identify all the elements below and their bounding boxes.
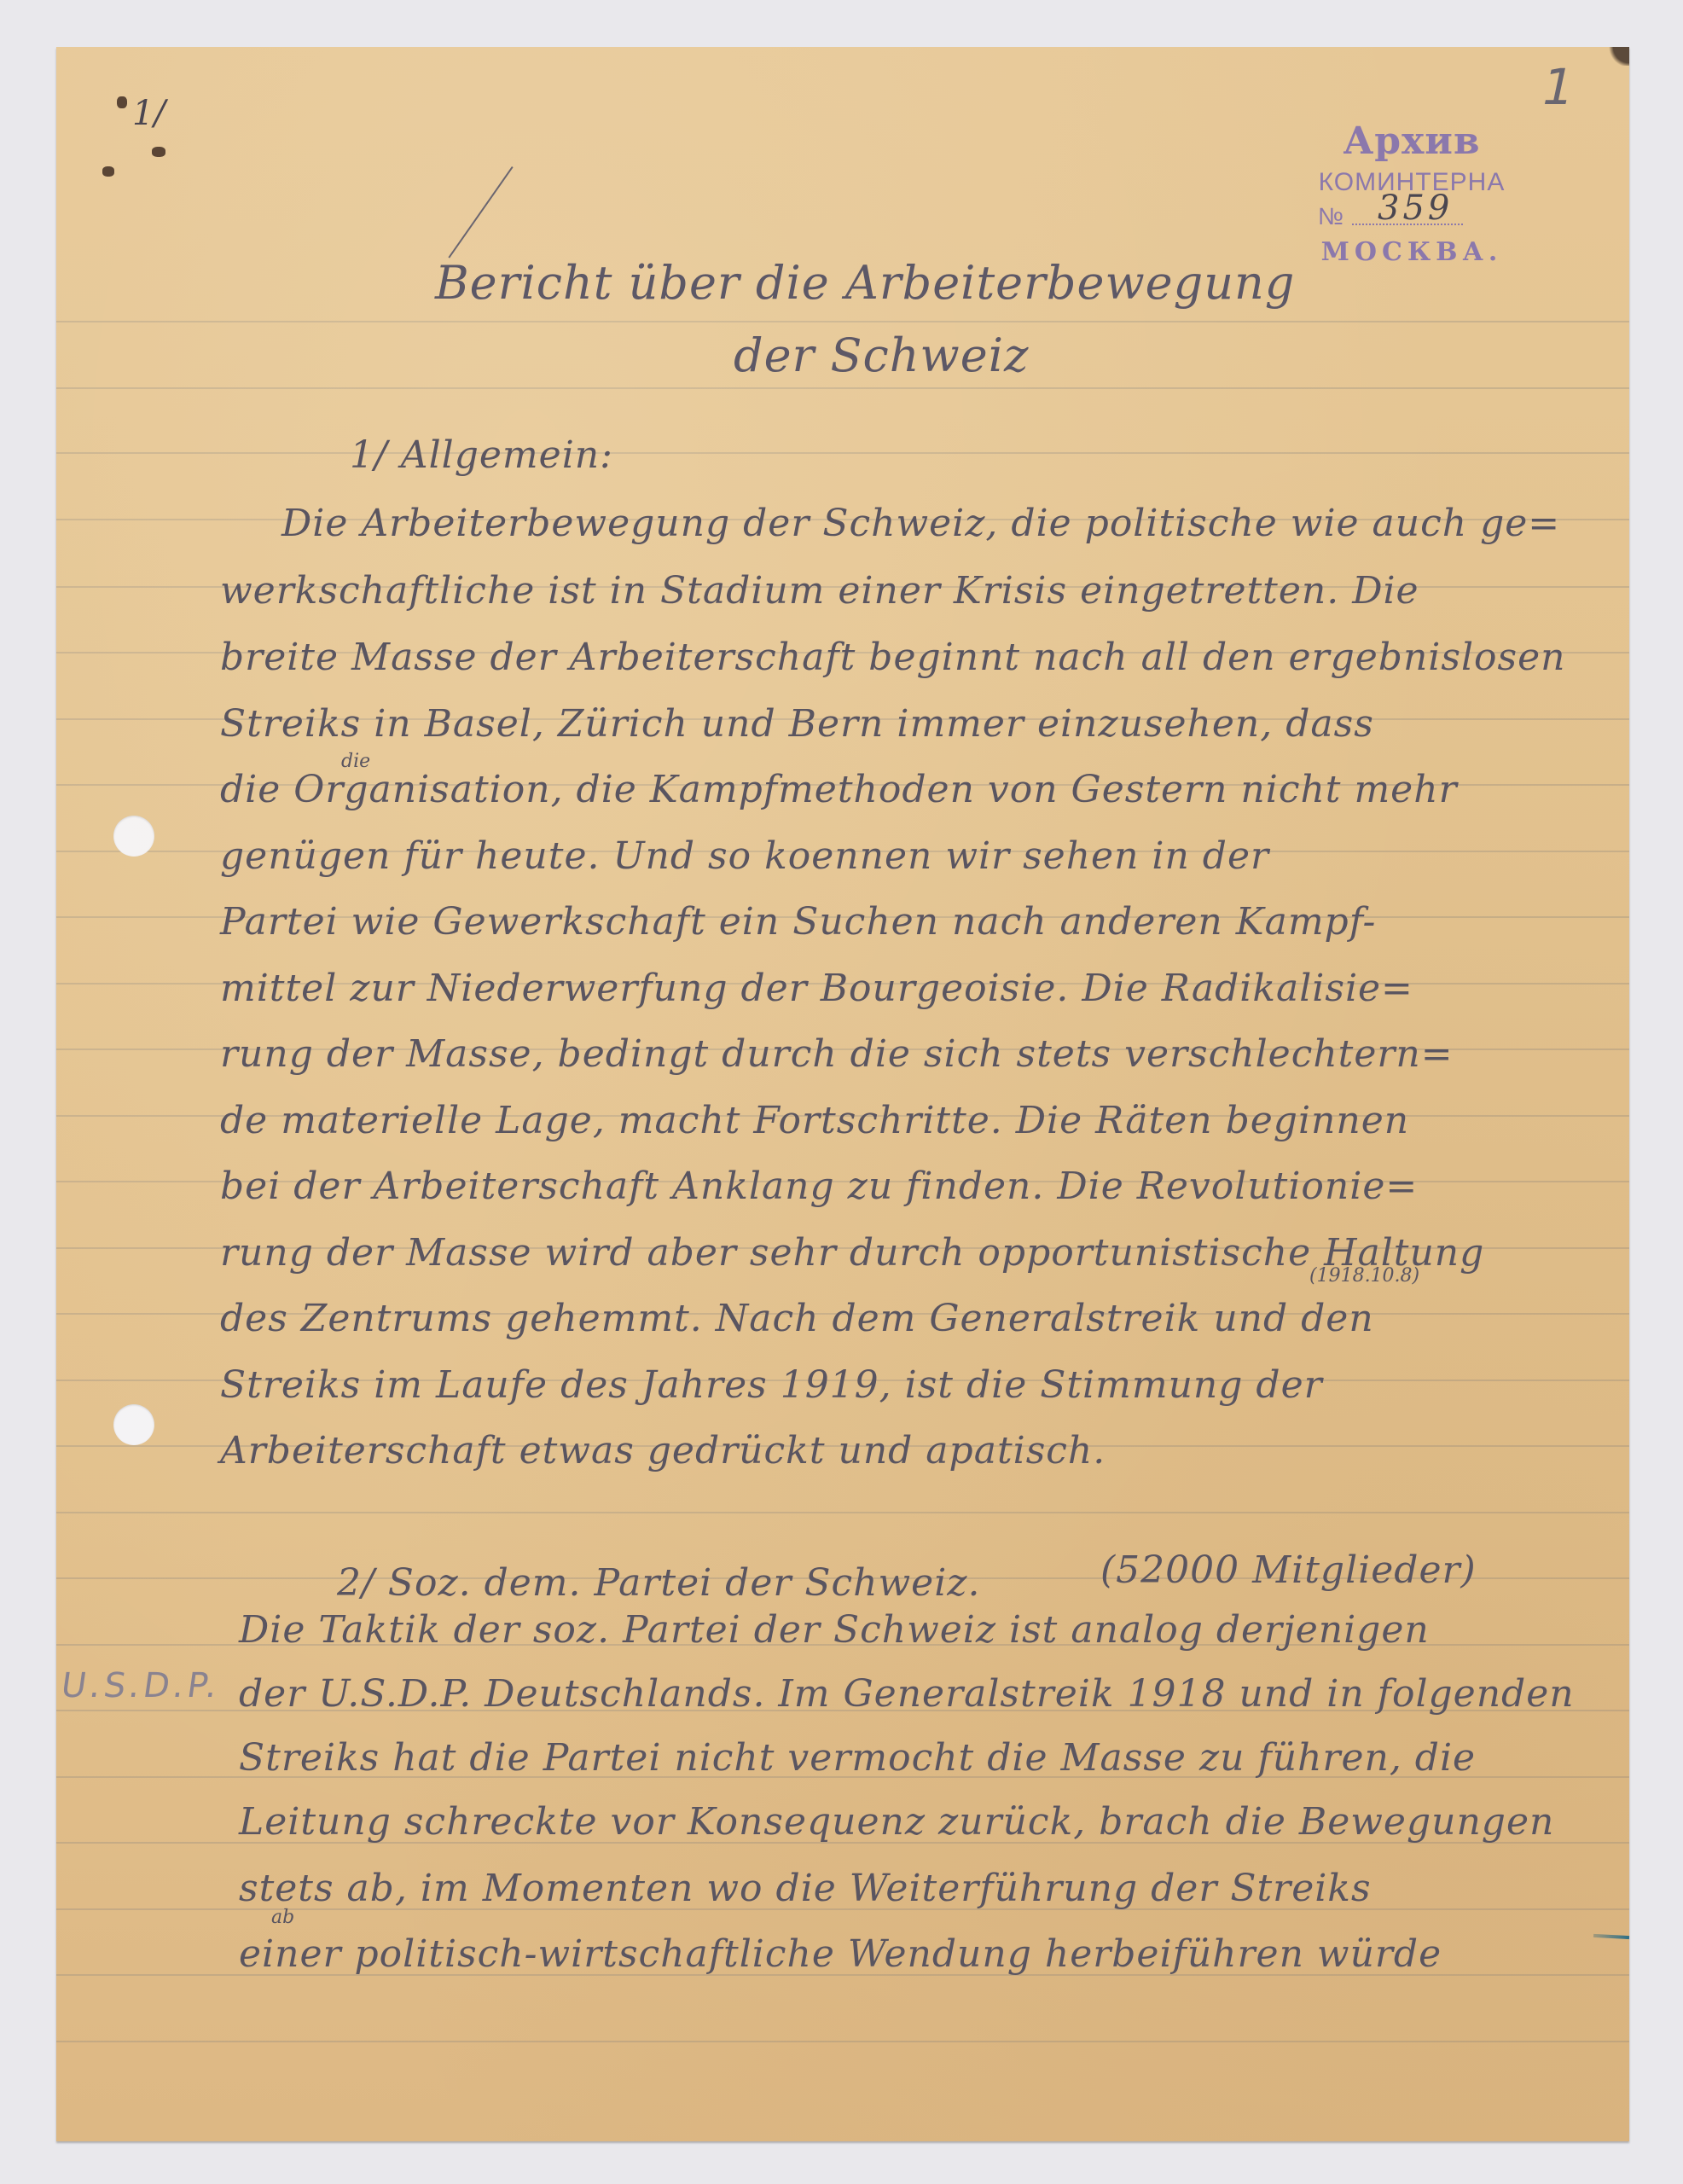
text-line: werkschaftliche ist in Stadium einer Kri… (220, 569, 1419, 613)
text-line: Streiks in Basel, Zürich und Bern immer … (220, 702, 1374, 746)
text-line: stets ab, im Momenten wo die Weiterführu… (239, 1867, 1372, 1910)
members-note: (52000 Mitglieder) (1100, 1548, 1477, 1592)
archive-stamp: Архив КОМИНТЕРНА № 359 МОСКВА. (1284, 118, 1540, 271)
ink-blot (117, 96, 127, 108)
document-title: Bericht über die Arbeiterbewegung (435, 256, 1295, 310)
section-heading: 2/ Soz. dem. Partei der Schweiz. (337, 1561, 980, 1605)
ink-blot (152, 147, 165, 157)
text-line: breite Masse der Arbeiterschaft beginnt … (220, 636, 1565, 679)
punch-hole (113, 816, 154, 857)
document-subtitle: der Schweiz (734, 328, 1029, 382)
text-line: rung der Masse, bedingt durch die sich s… (220, 1032, 1454, 1076)
interlinear-insert: ab (271, 1907, 294, 1928)
stamp-line-moscow: МОСКВА. (1284, 234, 1540, 271)
stamp-number: 359 (1378, 191, 1453, 225)
ruled-line (56, 321, 1629, 322)
stamp-line-archive: Архив (1284, 118, 1540, 166)
text-line: mittel zur Niederwerfung der Bourgeoisie… (220, 967, 1413, 1010)
text-line: Leitung schreckte vor Konsequenz zurück,… (239, 1800, 1554, 1844)
text-line: bei der Arbeiterschaft Anklang zu finden… (220, 1165, 1418, 1208)
text-line: Die Arbeiterbewegung der Schweiz, die po… (281, 502, 1560, 545)
ruled-line (56, 387, 1629, 389)
text-line: die Organisation, die Kampfmethoden von … (220, 768, 1458, 811)
stamp-number-row: № 359 (1284, 200, 1540, 234)
text-line: Arbeiterschaft etwas gedrückt und apatis… (220, 1429, 1106, 1472)
text-line: der U.S.D.P. Deutschlands. Im Generalstr… (239, 1672, 1575, 1716)
text-line: einer politisch-wirtschaftliche Wendung … (239, 1932, 1442, 1976)
folio-mark: 1/ (132, 94, 165, 133)
margin-annotation: U.S.D.P. (59, 1666, 223, 1705)
text-line: Die Taktik der soz. Partei der Schweiz i… (239, 1608, 1430, 1652)
ruled-line (56, 2041, 1629, 2042)
stamp-number-prefix: № (1318, 203, 1343, 229)
ruled-line (56, 1512, 1629, 1513)
text-line: Streiks im Laufe des Jahres 1919, ist di… (220, 1363, 1323, 1407)
punch-hole (113, 1404, 154, 1445)
text-line: genügen für heute. Und so koennen wir se… (220, 834, 1269, 878)
section-heading: 1/ Allgemein: (350, 433, 613, 477)
text-line: Partei wie Gewerkschaft ein Suchen nach … (220, 900, 1376, 944)
text-line: Streiks hat die Partei nicht vermocht di… (239, 1736, 1476, 1780)
text-line: de materielle Lage, macht Fortschritte. … (220, 1099, 1409, 1142)
ruled-line (56, 452, 1629, 454)
text-line: rung der Masse wird aber sehr durch oppo… (220, 1231, 1484, 1275)
interlinear-date: (1918.10.8) (1309, 1265, 1419, 1287)
ink-blot (102, 166, 114, 177)
text-line: des Zentrums gehemmt. Nach dem Generalst… (220, 1297, 1374, 1340)
corner-stain (1607, 47, 1629, 66)
